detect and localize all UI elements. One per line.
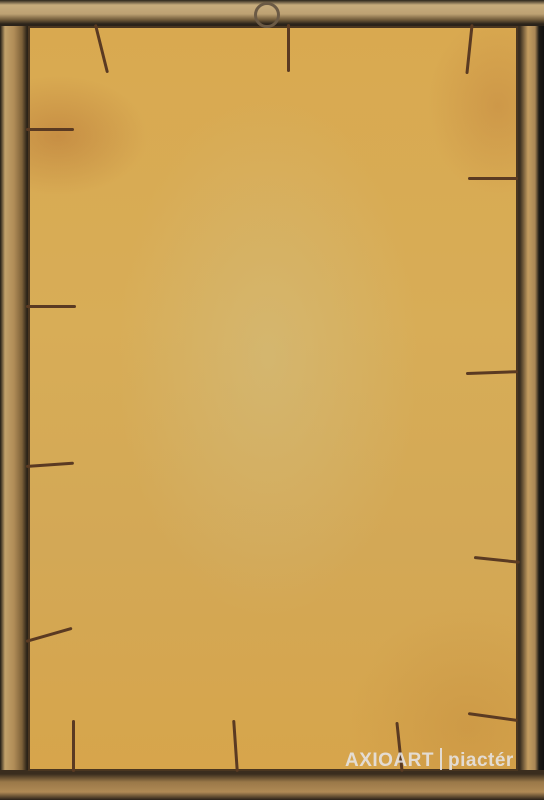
watermark-separator bbox=[440, 748, 442, 770]
watermark: AXIOARTpiactér bbox=[345, 748, 514, 772]
artwork-back-photo: AXIOARTpiactér bbox=[0, 0, 544, 800]
frame-left-edge bbox=[0, 0, 28, 800]
nail bbox=[287, 24, 290, 72]
nail bbox=[26, 305, 76, 308]
hanging-ring bbox=[254, 2, 280, 28]
nail bbox=[26, 128, 74, 131]
backing-board bbox=[28, 26, 518, 771]
watermark-brand: AXIOART bbox=[345, 750, 434, 771]
nail bbox=[72, 720, 75, 772]
watermark-subtitle: piactér bbox=[448, 750, 514, 771]
nail bbox=[468, 177, 518, 180]
frame-bottom-edge bbox=[0, 770, 544, 800]
frame-right-edge bbox=[518, 0, 544, 800]
